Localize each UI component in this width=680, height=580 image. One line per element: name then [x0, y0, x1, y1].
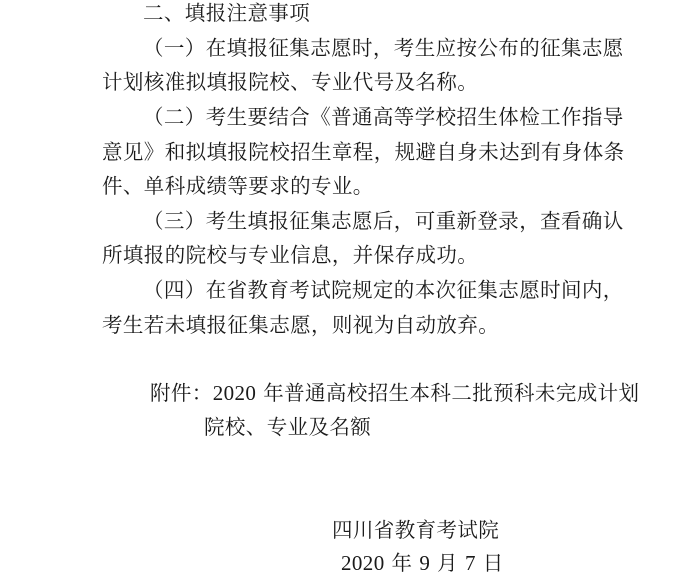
date-month-unit: 月	[430, 551, 465, 575]
item-4-line-1: （四）在省教育考试院规定的本次征集志愿时间内，	[143, 278, 624, 302]
date-day-unit: 日	[476, 551, 504, 575]
date-month: 9	[419, 551, 430, 575]
date-year: 2020	[341, 551, 385, 575]
item-3-line-1: （三）考生填报征集志愿后，可重新登录，查看确认	[143, 209, 624, 233]
date-day: 7	[465, 551, 476, 575]
item-3-line-2: 所填报的院校与专业信息，并保存成功。	[102, 243, 478, 267]
item-2-line-1: （二）考生要结合《普通高等学校招生体检工作指导	[143, 105, 624, 129]
item-4-line-2: 考生若未填报征集志愿，则视为自动放弃。	[102, 313, 499, 337]
attachment-year: 2020	[213, 381, 257, 405]
signature-org: 四川省教育考试院	[332, 518, 499, 542]
attachment-label: 附件：	[150, 381, 213, 405]
signature-date: 2020 年 9 月 7 日	[341, 551, 504, 575]
item-2-line-2: 意见》和拟填报院校招生章程，规避自身未达到有身体条	[102, 140, 625, 164]
date-year-unit: 年	[385, 551, 420, 575]
attachment-line-1: 附件：2020 年普通高校招生本科二批预科未完成计划	[150, 381, 639, 405]
item-1-line-2: 计划核准拟填报院校、专业代号及名称。	[102, 70, 478, 94]
attachment-title-1: 年普通高校招生本科二批预科未完成计划	[256, 381, 639, 405]
attachment-line-2: 院校、专业及名额	[204, 415, 371, 439]
item-2-line-3: 件、单科成绩等要求的专业。	[102, 174, 374, 198]
section-heading: 二、填报注意事项	[143, 1, 310, 25]
item-1-line-1: （一）在填报征集志愿时，考生应按公布的征集志愿	[143, 36, 624, 60]
